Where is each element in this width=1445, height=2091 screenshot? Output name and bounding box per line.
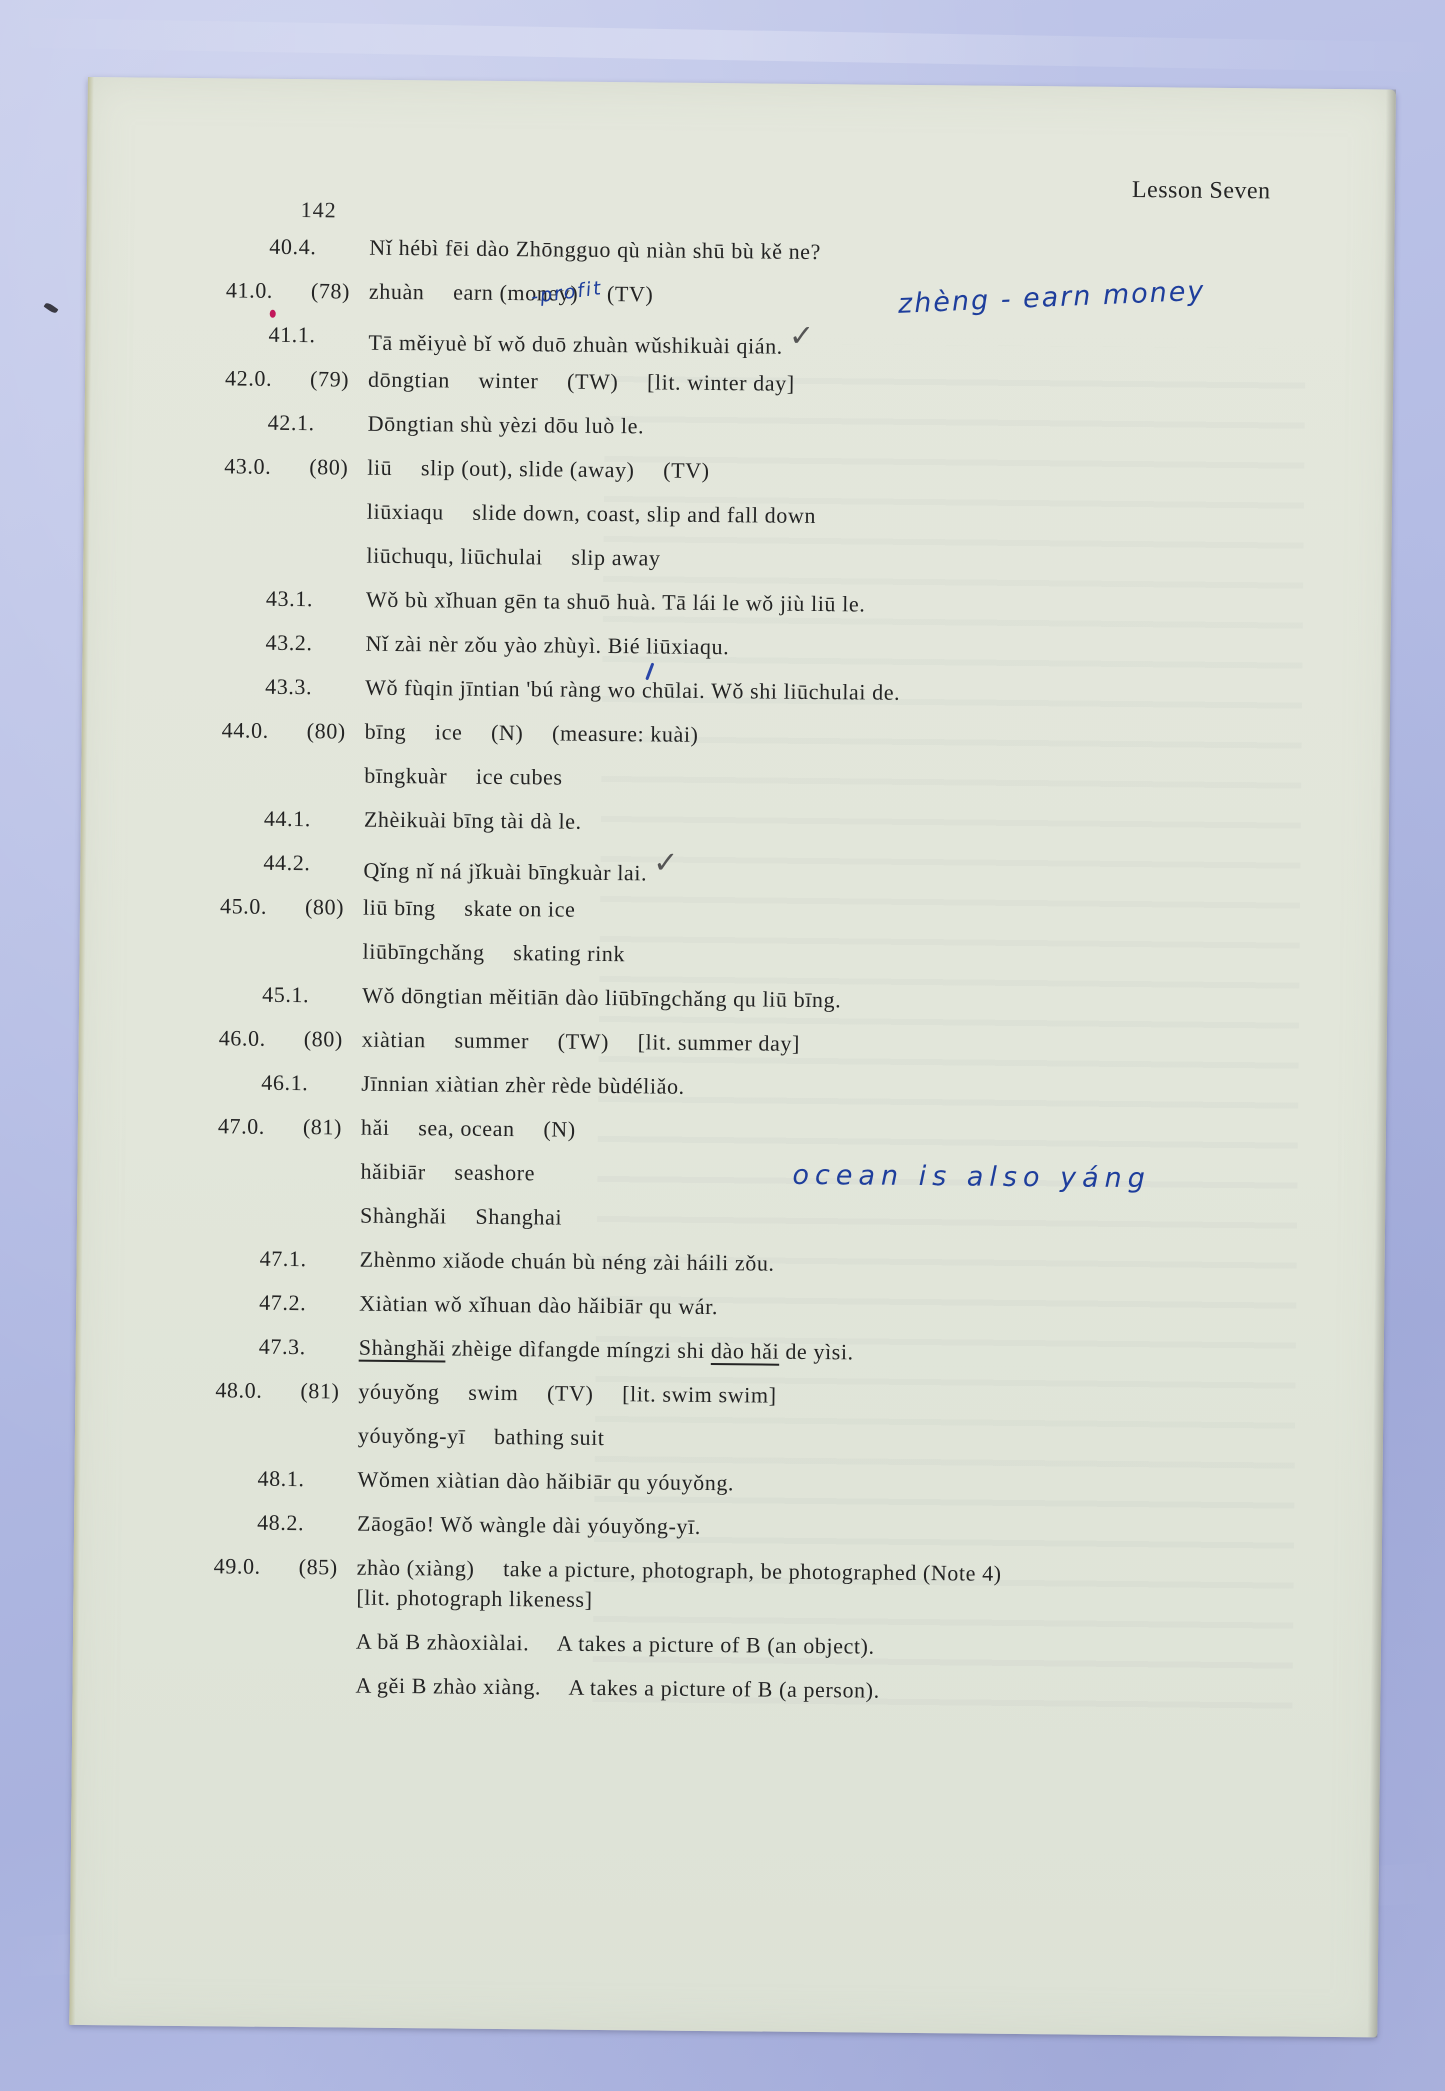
vocabulary-entries: 40.4.Nǐ hébì fēi dào Zhōngguo qù niàn sh… — [88, 77, 1396, 90]
entry-number: 46.1. — [261, 1070, 308, 1096]
entry-text: Shànghǎi zhèige dìfangde míngzi shi dào … — [359, 1335, 854, 1366]
reference-number: (81) — [300, 1378, 339, 1404]
entry-text: zhào (xiàng) take a picture, photograph,… — [357, 1555, 1002, 1587]
entry-continuation: liūxiaqu slide down, coast, slip and fal… — [84, 496, 1392, 509]
entry-number: 48.2. — [257, 1510, 304, 1536]
entry-text: liū slip (out), slide (away) (TV) — [367, 455, 710, 484]
entry-text: Nǐ hébì fēi dào Zhōngguo qù niàn shū bù … — [369, 235, 821, 265]
entry-number: 48.0. — [215, 1377, 262, 1403]
reference-number: (78) — [311, 278, 350, 304]
entry-number: 41.0. — [226, 277, 273, 303]
text-fragment: zhèige dìfangde míngzi shi — [445, 1335, 711, 1363]
page-number: 142 — [301, 197, 337, 223]
reference-number: (85) — [299, 1554, 338, 1580]
example-sentence: 47.1.Zhènmo xiǎode chuán bù néng zài hái… — [77, 1244, 1385, 1257]
example-sentence: 44.1.Zhèikuài bīng tài dà le. — [81, 804, 1389, 817]
entry-number: 49.0. — [214, 1553, 261, 1579]
vocab-entry: 43.0.(80)liū slip (out), slide (away) (T… — [84, 452, 1392, 465]
entry-text: liū bīng skate on ice — [363, 895, 576, 923]
entry-continuation: liūbīngchǎng skating rink — [80, 936, 1388, 949]
reference-number: (80) — [307, 718, 346, 744]
entry-number: 40.4. — [269, 234, 316, 260]
example-sentence: 43.3.Wǒ fùqin jīntian 'bú ràng wo chūlai… — [82, 672, 1390, 685]
entry-text: Xiàtian wǒ xǐhuan dào hǎibiār qu wár. — [359, 1291, 718, 1320]
entry-text: Nǐ zài nèr zǒu yào zhùyì. Bié liūxiaqu. — [365, 631, 729, 660]
entry-text: xiàtian summer (TW) [lit. summer day] — [362, 1027, 800, 1057]
example-sentence: 48.2.Zāogāo! Wǒ wàngle dài yóuyǒng-yī. — [74, 1508, 1382, 1521]
book-page: 142 Lesson Seven 40.4.Nǐ hébì fēi dào Zh… — [69, 77, 1396, 2037]
entry-continuation: liūchuqu, liūchulai slip away — [84, 540, 1392, 553]
entry-continuation: A gěi B zhào xiàng. A takes a picture of… — [73, 1670, 1381, 1683]
vocab-entry: 42.0.(79)dōngtian winter (TW) [lit. wint… — [85, 364, 1393, 377]
example-sentence: 41.1.Tā měiyuè bǐ wǒ duō zhuàn wǔshikuài… — [86, 320, 1394, 333]
entry-number: 44.0. — [222, 717, 269, 743]
entry-text: liūxiaqu slide down, coast, slip and fal… — [367, 499, 816, 529]
entry-text: Wǒ dōngtian měitiān dào liūbīngchǎng qu … — [362, 983, 841, 1014]
example-sentence: 43.1.Wǒ bù xǐhuan gēn ta shuō huà. Tā lá… — [83, 584, 1391, 597]
vocab-entry: 45.0.(80)liū bīng skate on ice — [80, 892, 1388, 905]
red-dot-marker — [270, 310, 276, 318]
entry-text: Shànghǎi Shanghai — [360, 1203, 562, 1231]
entry-text: Zhèikuài bīng tài dà le. — [364, 807, 582, 835]
entry-text: [lit. photograph likeness] — [356, 1585, 592, 1613]
reference-number: (79) — [310, 366, 349, 392]
entry-text: hǎi sea, ocean (N) — [361, 1115, 576, 1143]
vocab-entry: 46.0.(80)xiàtian summer (TW) [lit. summe… — [79, 1024, 1387, 1037]
entry-text: liūchuqu, liūchulai slip away — [366, 543, 660, 572]
entry-text: liūbīngchǎng skating rink — [362, 939, 625, 968]
example-sentence: 45.1.Wǒ dōngtian měitiān dào liūbīngchǎn… — [79, 980, 1387, 993]
entry-number: 45.0. — [220, 893, 267, 919]
entry-text: A gěi B zhào xiàng. A takes a picture of… — [355, 1673, 879, 1704]
example-sentence: 47.3.Shànghǎi zhèige dìfangde míngzi shi… — [76, 1332, 1384, 1345]
underlined-phrase: Shànghǎi — [359, 1335, 446, 1361]
entry-number: 48.1. — [257, 1466, 304, 1492]
vocab-entry: 44.0.(80)bīng ice (N) (measure: kuài) — [82, 716, 1390, 729]
vocab-entry: 49.0.(85)zhào (xiàng) take a picture, ph… — [74, 1552, 1382, 1565]
entry-text: Tā měiyuè bǐ wǒ duō zhuàn wǔshikuài qián… — [368, 323, 814, 362]
entry-text: Qǐng nǐ ná jǐkuài bīngkuàr lai.✓ — [363, 851, 679, 889]
entry-text: Dōngtian shù yèzi dōu luò le. — [368, 411, 645, 440]
entry-text: Jīnnian xiàtian zhèr rède bùdéliǎo. — [361, 1071, 685, 1100]
reference-number: (81) — [303, 1114, 342, 1140]
entry-text: Zhènmo xiǎode chuán bù néng zài háili zǒ… — [360, 1247, 775, 1277]
example-sentence: 40.4.Nǐ hébì fēi dào Zhōngguo qù niàn sh… — [87, 232, 1395, 245]
entry-continuation: yóuyǒng-yī bathing suit — [75, 1420, 1383, 1433]
entry-continuation: A bǎ B zhàoxiàlai. A takes a picture of … — [73, 1626, 1381, 1639]
entry-number: 42.0. — [225, 365, 272, 391]
vocab-entry: 47.0.(81)hǎi sea, ocean (N) — [78, 1112, 1386, 1125]
entry-text: yóuyǒng-yī bathing suit — [358, 1423, 605, 1451]
vocab-entry: 48.0.(81)yóuyǒng swim (TV) [lit. swim sw… — [76, 1376, 1384, 1389]
entry-text: dōngtian winter (TW) [lit. winter day] — [368, 367, 795, 397]
entry-continuation: hǎibiār seashore — [78, 1156, 1386, 1169]
check-mark-icon: ✓ — [653, 845, 679, 880]
entry-continuation: Shànghǎi Shanghai — [77, 1200, 1385, 1213]
reference-number: (80) — [304, 1026, 343, 1052]
entry-number: 47.1. — [260, 1246, 307, 1272]
entry-text: bīng ice (N) (measure: kuài) — [365, 719, 699, 748]
example-sentence: 42.1.Dōngtian shù yèzi dōu luò le. — [85, 408, 1393, 421]
check-mark-icon: ✓ — [789, 319, 815, 354]
entry-text: Wǒ bù xǐhuan gēn ta shuō huà. Tā lái le … — [366, 587, 866, 618]
entry-number: 44.1. — [264, 806, 311, 832]
entry-text: yóuyǒng swim (TV) [lit. swim swim] — [358, 1379, 776, 1409]
entry-number: 42.1. — [268, 410, 315, 436]
handwritten-zheng-note: zhèng - earn money — [897, 276, 1206, 320]
entry-text: Wǒ fùqin jīntian 'bú ràng wo chūlai. Wǒ … — [365, 675, 900, 706]
entry-number: 47.0. — [218, 1113, 265, 1139]
underlined-phrase: dào hǎi — [711, 1338, 780, 1364]
entry-number: 45.1. — [262, 982, 309, 1008]
reference-number: (80) — [309, 454, 348, 480]
entry-number: 47.2. — [259, 1290, 306, 1316]
entry-number: 41.1. — [268, 322, 315, 348]
entry-number: 43.2. — [265, 630, 312, 656]
example-sentence: 48.1.Wǒmen xiàtian dào hǎibiār qu yóuyǒn… — [75, 1464, 1383, 1477]
entry-text: Wǒmen xiàtian dào hǎibiār qu yóuyǒng. — [357, 1467, 734, 1497]
example-sentence: 47.2.Xiàtian wǒ xǐhuan dào hǎibiār qu wá… — [76, 1288, 1384, 1301]
entry-continuation: bīngkuàr ice cubes — [81, 760, 1389, 773]
entry-number: 46.0. — [219, 1025, 266, 1051]
insect-speck — [44, 302, 59, 315]
example-sentence: 44.2.Qǐng nǐ ná jǐkuài bīngkuàr lai.✓ — [81, 848, 1389, 861]
entry-text: bīngkuàr ice cubes — [364, 763, 563, 791]
entry-number: 47.3. — [259, 1334, 306, 1360]
handwritten-ocean-note: ocean is also yáng — [792, 1160, 1151, 1194]
reference-number: (80) — [305, 894, 344, 920]
entry-text: A bǎ B zhàoxiàlai. A takes a picture of … — [356, 1629, 875, 1660]
entry-number: 43.1. — [266, 586, 313, 612]
entry-text: zhuàn earn (money) (TV) — [369, 279, 654, 308]
entry-text: hǎibiār seashore — [360, 1159, 535, 1187]
text-fragment: de yìsi. — [779, 1339, 854, 1365]
entry-number: 44.2. — [263, 850, 310, 876]
entry-number: 43.3. — [265, 674, 312, 700]
example-sentence: 43.2.Nǐ zài nèr zǒu yào zhùyì. Bié liūxi… — [83, 628, 1391, 641]
entry-text: Zāogāo! Wǒ wàngle dài yóuyǒng-yī. — [357, 1511, 701, 1540]
example-sentence: 46.1.Jīnnian xiàtian zhèr rède bùdéliǎo. — [78, 1068, 1386, 1081]
cloth-fold — [0, 17, 1445, 72]
entry-number: 43.0. — [224, 453, 271, 479]
running-head: Lesson Seven — [1132, 177, 1271, 205]
